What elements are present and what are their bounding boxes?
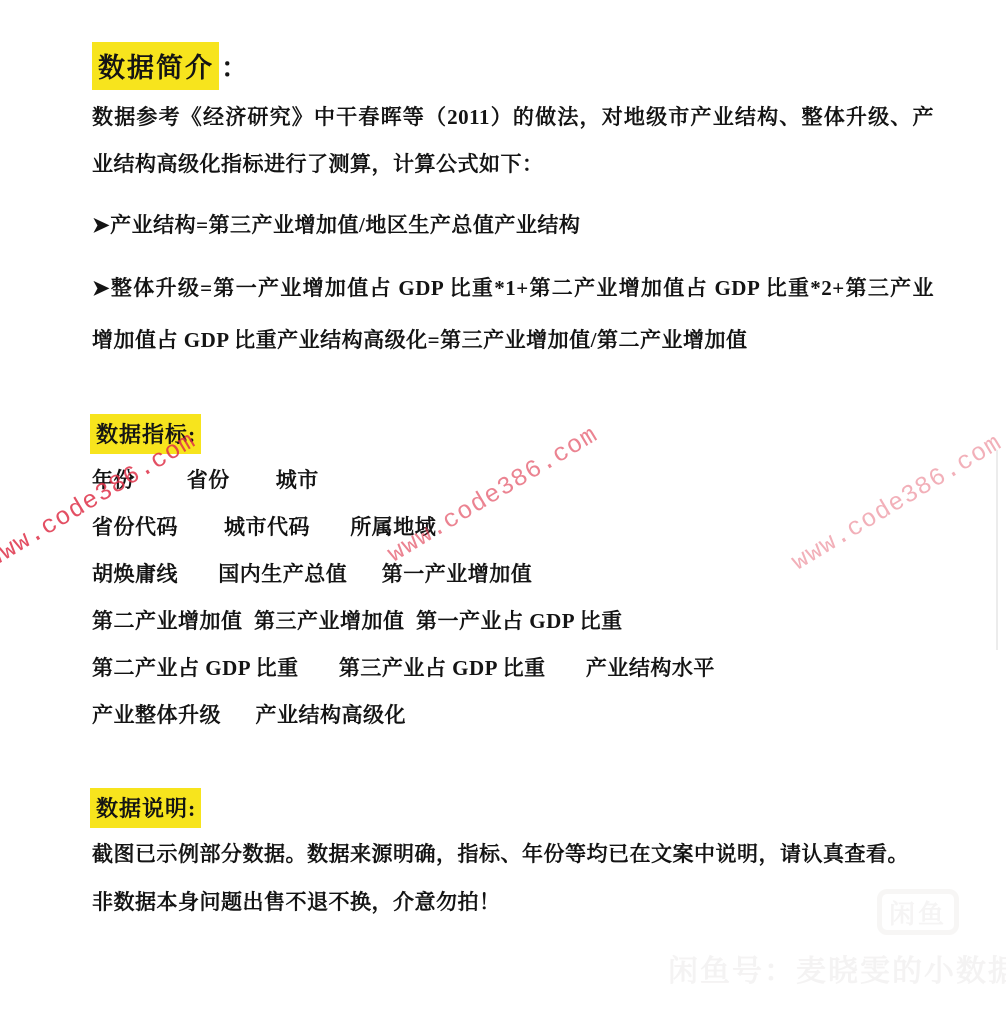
intro-heading-highlight: 数据简介 [92,42,219,90]
notes-heading: 数据说明: [90,788,201,828]
site-watermark-middle: www.code386.com [383,420,604,568]
notes-line-2: 非数据本身问题出售不退不换，介意勿拍！ [92,889,934,915]
intro-heading-colon: ： [219,53,250,83]
notes-heading-highlight: 数据说明: [90,788,201,828]
formula-bullet-2-line-2: 增加值占 GDP 比重产业结构高级化=第三产业增加值/第二产业增加值 [92,327,934,353]
indicator-line-6: 产业整体升级 产业结构高级化 [92,702,934,728]
indicator-line-2: 省份代码 城市代码 所属地域 [92,514,934,540]
indicators-heading-highlight: 数据指标: [90,414,201,454]
right-edge-line [996,450,998,650]
indicator-line-1: 年份 省份 城市 [92,467,934,493]
formula-bullet-2-line-1: ➤整体升级=第一产业增加值占 GDP 比重*1+第二产业增加值占 GDP 比重*… [92,275,934,301]
indicator-line-5: 第二产业占 GDP 比重 第三产业占 GDP 比重 产业结构水平 [92,655,934,681]
intro-paragraph-line-2: 业结构高级化指标进行了测算，计算公式如下： [92,151,934,177]
notes-line-1: 截图已示例部分数据。数据来源明确，指标、年份等均已在文案中说明，请认真查看。 [92,841,934,867]
indicator-line-4: 第二产业增加值 第三产业增加值 第一产业占 GDP 比重 [92,608,934,634]
xianyu-logo: 闲鱼 [877,889,959,935]
indicator-line-3: 胡焕庸线 国内生产总值 第一产业增加值 [92,561,934,587]
site-watermark-right: www.code386.com [787,428,1006,576]
document-page: 数据简介： 数据参考《经济研究》中干春晖等（2011）的做法，对地级市产业结构、… [0,0,1006,1024]
indicators-heading: 数据指标: [90,414,201,454]
xianyu-seller-id: 闲鱼号：麦晓雯的小数据 [668,946,1006,990]
intro-heading: 数据简介： [92,42,250,90]
formula-bullet-1: ➤产业结构=第三产业增加值/地区生产总值产业结构 [92,212,934,238]
intro-paragraph-line-1: 数据参考《经济研究》中干春晖等（2011）的做法，对地级市产业结构、整体升级、产 [92,104,934,130]
